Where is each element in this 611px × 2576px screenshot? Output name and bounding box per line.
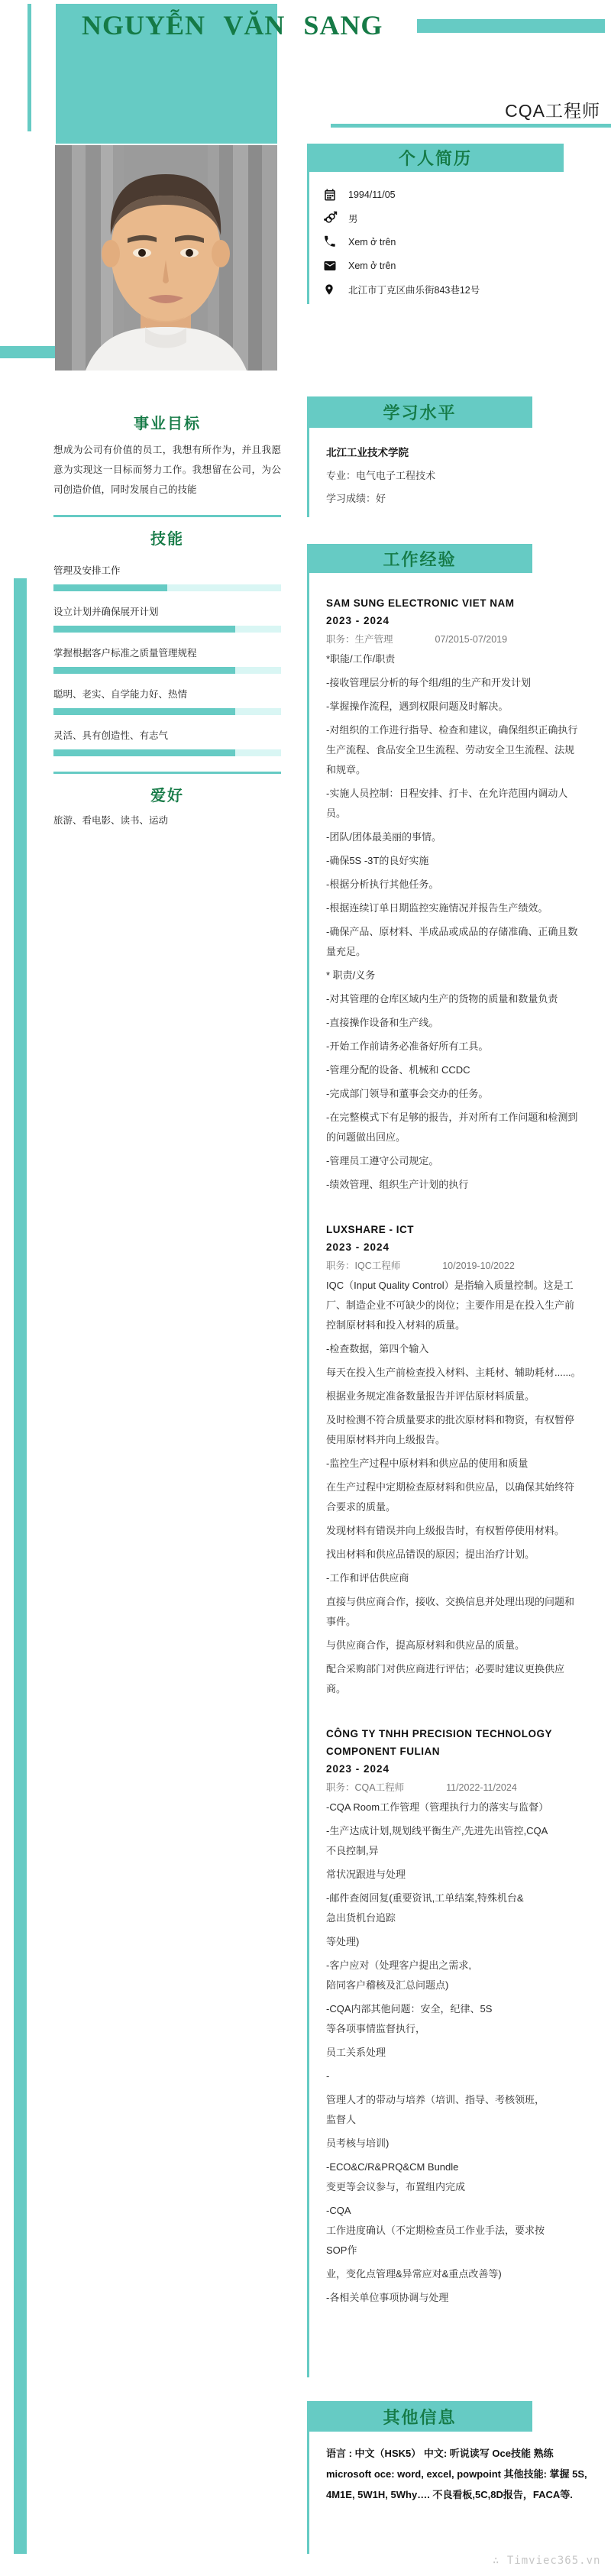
skill-bar-fill <box>53 749 235 756</box>
job-bullet: -邮件查阅回复(重要资讯,工单结案,特殊机台& 急出货机台追踪 <box>326 1888 582 1928</box>
job-bullet: -CQA Room工作管理（管理执行力的落实与监督） <box>326 1798 582 1817</box>
job-company: LUXSHARE - ICT <box>326 1221 582 1238</box>
job-bullet: -根据分析执行其他任务。 <box>326 875 582 895</box>
skill-label: 掌握根据客户标准之质量管理规程 <box>53 646 281 659</box>
job-bullet: IQC（Input Quality Control）是指输入质量控制。这是工厂、… <box>326 1276 582 1335</box>
hobbies-title: 爱好 <box>53 783 281 805</box>
skill-label: 灵活、具有创造性、有志气 <box>53 728 281 742</box>
job-bullet: 与供应商合作，提高原材料和供应品的质量。 <box>326 1636 582 1655</box>
job-bullet: 及时检测不符合质量要求的批次原材料和物资，有权暂停使用原材料并向上级报告。 <box>326 1410 582 1450</box>
portrait-photo-image <box>55 145 277 371</box>
portrait-photo <box>55 145 277 371</box>
skill-row: 掌握根据客户标准之质量管理规程 <box>53 646 281 674</box>
job-entry: LUXSHARE - ICT2023 - 2024职务：IQC工程师10/201… <box>326 1221 582 1699</box>
job-bullet: -生产达成计划,规划线平衡生产,先进先出管控,CQA 不良控制,异 <box>326 1821 582 1861</box>
job-bullet: 每天在投入生产前检查投入材料、主耗材、辅助耗材......。 <box>326 1363 582 1383</box>
experience-body: SAM SUNG ELECTRONIC VIET NAM2023 - 2024职… <box>307 573 597 2377</box>
job-bullet: -确保产品、原材料、半成品或成品的存储准确、正确且数量充足。 <box>326 922 582 962</box>
calendar-icon <box>323 188 338 202</box>
phone-value: Xem ở trên <box>348 237 396 248</box>
birthdate-value: 1994/11/05 <box>348 189 396 200</box>
skill-bar-track <box>53 626 281 633</box>
job-bullet: - <box>326 2066 582 2086</box>
job-bullet: -确保5S -3T的良好实施 <box>326 851 582 871</box>
education-header: 学习水平 <box>307 396 532 428</box>
job-bullet: -直接操作设备和生产线。 <box>326 1013 582 1033</box>
birthdate-row: 1994/11/05 <box>323 183 564 206</box>
job-bullet: 发现材料有错误并向上级报告时，有权暂停使用材料。 <box>326 1521 582 1541</box>
location-icon <box>323 283 338 296</box>
education-body: 北江工业技术学院 专业：电气电子工程技术 学习成绩：好 <box>307 428 532 517</box>
section-education: 学习水平 北江工业技术学院 专业：电气电子工程技术 学习成绩：好 <box>307 396 532 517</box>
job-bullet: -掌握操作流程，遇到权限问题及时解决。 <box>326 697 582 717</box>
other-info-header: 其他信息 <box>307 2401 532 2432</box>
school-name: 北江工业技术学院 <box>326 444 532 459</box>
address-row: 北江市丁克区曲乐街843巷12号 <box>323 277 564 301</box>
job-dates: 07/2015-07/2019 <box>435 630 508 649</box>
job-period: 2023 - 2024 <box>326 1238 582 1257</box>
job-bullet: -ECO&C/R&PRQ&CM Bundle 变更等会议参与，布置组内完成 <box>326 2157 582 2197</box>
job-role-line: 职务：CQA工程师11/2022-11/2024 <box>326 1778 582 1798</box>
left-rail-bar <box>14 578 27 2554</box>
job-bullet: 员工关系处理 <box>326 2043 582 2063</box>
left-accent-bar <box>0 346 55 358</box>
hobbies-text: 旅游、看电影、读书、运动 <box>53 813 281 827</box>
education-grade: 学习成绩：好 <box>326 490 532 505</box>
job-bullet: 在生产过程中定期检查原材料和供应品，以确保其始终符合要求的质量。 <box>326 1477 582 1517</box>
phone-icon <box>323 235 338 249</box>
career-objective-text: 想成为公司有价值的员工，我想有所作为，并且我愿意为实现这一目标而努力工作。我想留… <box>53 440 281 500</box>
skill-bar-track <box>53 584 281 591</box>
job-entry: SAM SUNG ELECTRONIC VIET NAM2023 - 2024职… <box>326 594 582 1195</box>
gender-row: 男 <box>323 206 564 230</box>
job-bullet: 常状况跟进与处理 <box>326 1865 582 1885</box>
job-bullet: -客户应对（处理客户提出之需求, 陪同客户稽核及汇总问题点) <box>326 1956 582 1995</box>
email-row: Xem ở trên <box>323 254 564 277</box>
job-company: SAM SUNG ELECTRONIC VIET NAM <box>326 594 582 612</box>
header-accent-line <box>27 4 31 131</box>
job-role-line: 职务：IQC工程师10/2019-10/2022 <box>326 1257 582 1276</box>
address-value: 北江市丁克区曲乐街843巷12号 <box>348 283 480 296</box>
job-dates: 10/2019-10/2022 <box>442 1257 515 1276</box>
section-personal-info: 个人简历 1994/11/05 男 Xem ở trên <box>307 144 564 304</box>
header-top-bar <box>417 19 605 33</box>
career-objective-title: 事业目标 <box>53 411 281 433</box>
job-bullet: -开始工作前请务必准备好所有工具。 <box>326 1037 582 1057</box>
email-value: Xem ở trên <box>348 261 396 271</box>
skill-bar-track <box>53 708 281 715</box>
job-title: CQA工程师 <box>412 97 600 122</box>
job-bullet: -监控生产过程中原材料和供应品的使用和质量 <box>326 1454 582 1474</box>
job-bullet: *职能/工作/职责 <box>326 649 582 669</box>
job-bullet: 管理人才的带动与培养（培训、指导、考核领班， 监督人 <box>326 2090 582 2130</box>
job-title-underline <box>331 124 611 128</box>
skill-label: 管理及安排工作 <box>53 563 281 577</box>
email-icon <box>323 259 338 273</box>
job-period: 2023 - 2024 <box>326 1760 582 1778</box>
gender-value: 男 <box>348 212 358 225</box>
skill-row: 灵活、具有创造性、有志气 <box>53 728 281 756</box>
job-bullet: 员考核与培训) <box>326 2134 582 2154</box>
job-bullet: 等处理) <box>326 1932 582 1952</box>
other-info-text: 语言 : 中文（HSK5） 中文: 听说读写 Oce技能 熟练 microsof… <box>326 2443 590 2505</box>
candidate-name: NGUYỄN VĂN SANG <box>82 9 464 41</box>
skill-bar-fill <box>53 667 235 674</box>
skills-list: 管理及安排工作设立计划并确保展开计划掌握根据客户标准之质量管理规程聪明、老实、自… <box>53 563 281 756</box>
skill-label: 设立计划并确保展开计划 <box>53 604 281 618</box>
job-role: 职务：生产管理 <box>326 630 393 649</box>
job-role: 职务：CQA工程师 <box>326 1778 404 1798</box>
job-bullet: -团队/团体最美丽的事情。 <box>326 827 582 847</box>
skill-bar-track <box>53 749 281 756</box>
job-role: 职务：IQC工程师 <box>326 1257 400 1276</box>
job-bullet: -根据连续订单日期监控实施情况并报告生产绩效。 <box>326 898 582 918</box>
watermark: ∴ Timviec365.vn <box>493 2555 600 2567</box>
job-bullet: -实施人员控制：日程安排、打卡、在允许范围内调动人员。 <box>326 784 582 824</box>
job-bullet: -接收管理层分析的每个组/组的生产和开发计划 <box>326 673 582 693</box>
job-bullet: * 职责/义务 <box>326 966 582 985</box>
job-company: CÔNG TY TNHH PRECISION TECHNOLOGY COMPON… <box>326 1725 582 1760</box>
divider <box>53 515 281 517</box>
divider <box>53 772 281 774</box>
skill-row: 聪明、老实、自学能力好、热情 <box>53 687 281 715</box>
job-bullet: -检查数据，第四个输入 <box>326 1339 582 1359</box>
section-other-info: 其他信息 语言 : 中文（HSK5） 中文: 听说读写 Oce技能 熟练 mic… <box>307 2401 597 2554</box>
job-bullet: -CQA 工作进度确认（不定期检查员工作业手法，要求按 SOP作 <box>326 2201 582 2260</box>
skill-bar-fill <box>53 584 167 591</box>
job-bullet: 业，变化点管理&异常应对&重点改善等) <box>326 2264 582 2284</box>
personal-info-body: 1994/11/05 男 Xem ở trên Xem ở trên <box>307 172 564 304</box>
job-bullet: -管理员工遵守公司规定。 <box>326 1151 582 1171</box>
job-bullet: -各相关单位事项协调与处理 <box>326 2288 582 2308</box>
job-bullet: 直接与供应商合作，接收、交换信息并处理出现的问题和事件。 <box>326 1592 582 1632</box>
job-bullet: -对组织的工作进行指导、检查和建议，确保组织正确执行生产流程、食品安全卫生流程、… <box>326 720 582 780</box>
personal-info-header: 个人简历 <box>307 144 564 172</box>
job-role-line: 职务：生产管理07/2015-07/2019 <box>326 630 582 649</box>
job-bullet: -管理分配的设备、机械和 CCDC <box>326 1060 582 1080</box>
skill-label: 聪明、老实、自学能力好、热情 <box>53 687 281 701</box>
skills-title: 技能 <box>53 526 281 549</box>
skill-bar-fill <box>53 708 235 715</box>
other-info-body: 语言 : 中文（HSK5） 中文: 听说读写 Oce技能 熟练 microsof… <box>307 2432 597 2554</box>
job-dates: 11/2022-11/2024 <box>446 1778 517 1798</box>
gender-icon <box>323 212 338 225</box>
job-period: 2023 - 2024 <box>326 612 582 630</box>
job-bullet: -CQA内部其他问题：安全，纪律、5S 等各项事情监督执行， <box>326 1999 582 2039</box>
left-column: 事业目标 想成为公司有价值的员工，我想有所作为，并且我愿意为实现这一目标而努力工… <box>53 411 281 827</box>
job-bullet: 配合采购部门对供应商进行评估；必要时建议更换供应商。 <box>326 1659 582 1699</box>
section-experience: 工作经验 SAM SUNG ELECTRONIC VIET NAM2023 - … <box>307 544 597 2377</box>
job-bullet: -完成部门领导和董事会交办的任务。 <box>326 1084 582 1104</box>
job-entry: CÔNG TY TNHH PRECISION TECHNOLOGY COMPON… <box>326 1725 582 2308</box>
skill-row: 设立计划并确保展开计划 <box>53 604 281 633</box>
job-bullet: -工作和评估供应商 <box>326 1568 582 1588</box>
job-bullet: -在完整模式下有足够的报告，并对所有工作问题和检测到的问题做出回应。 <box>326 1108 582 1147</box>
skill-bar-fill <box>53 626 235 633</box>
phone-row: Xem ở trên <box>323 230 564 254</box>
job-bullet: 根据业务规定准备数量报告并评估原材料质量。 <box>326 1387 582 1406</box>
job-bullet: -绩效管理、组织生产计划的执行 <box>326 1175 582 1195</box>
job-bullet: 找出材料和供应品错误的原因；提出治疗计划。 <box>326 1545 582 1565</box>
education-major: 专业：电气电子工程技术 <box>326 468 532 482</box>
skill-row: 管理及安排工作 <box>53 563 281 591</box>
resume-page: NGUYỄN VĂN SANG CQA工程师 <box>0 0 611 2576</box>
job-bullet: -对其管理的仓库区域内生产的货物的质量和数量负责 <box>326 989 582 1009</box>
experience-header: 工作经验 <box>307 544 532 573</box>
skill-bar-track <box>53 667 281 674</box>
